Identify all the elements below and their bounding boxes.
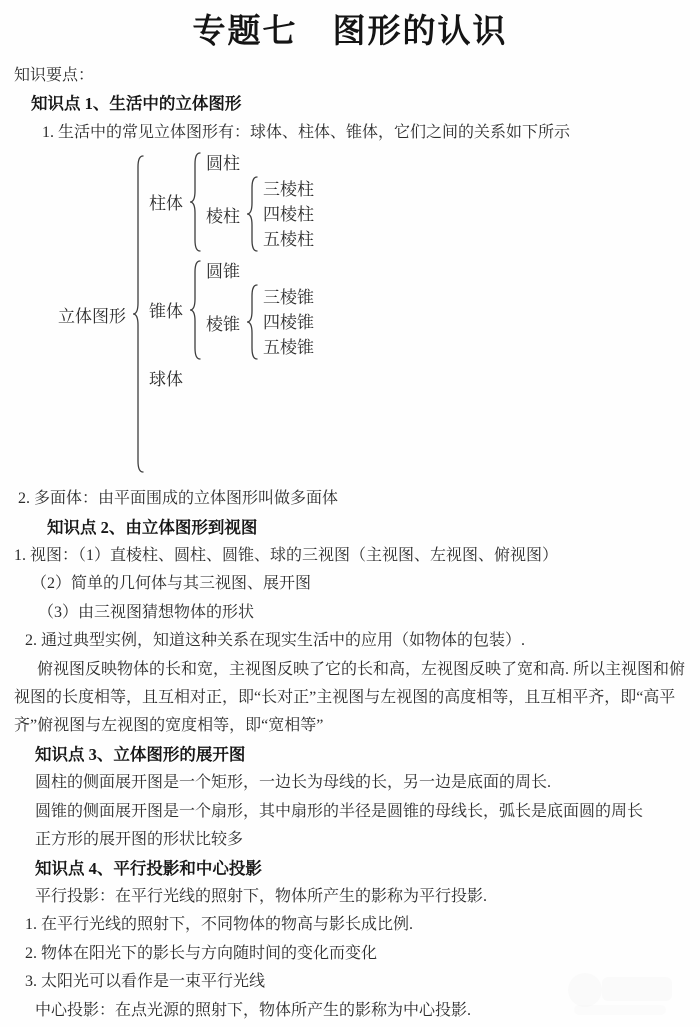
paragraph-line: 2. 物体在阳光下的影长与方向随时间的变化而变化 [12,940,688,968]
paragraph-line: 俯视图反映物体的长和宽，主视图反映了它的长和高，左视图反映了宽和高. 所以主视图… [12,656,688,741]
tree-branch-label: 柱体 [149,189,183,214]
watermark-shape [574,1005,666,1015]
paragraph-line: 圆柱的侧面展开图是一个矩形，一边长为母线的长，另一边是底面的周长. [12,769,688,797]
section-heading: 知识点 4、平行投影和中心投影 [12,855,688,883]
watermark-shape [568,973,602,1007]
curly-brace-level2 [188,152,202,252]
tree-leaf: 四棱柱 [263,202,314,227]
tree-branch-label: 锥体 [149,297,183,322]
watermark-logo [540,969,680,1021]
section-heading: 知识点 2、由立体图形到视图 [12,514,688,542]
curly-brace-level2 [188,260,202,360]
paragraph-line: 平行投影：在平行光线的照射下，物体所产生的影称为平行投影. [12,883,688,911]
paragraph-line: 圆锥的侧面展开图是一个扇形，其中扇形的半径是圆锥的母线长，弧长是底面圆的周长 [12,798,688,826]
tree-leaf: 圆柱 [206,151,314,176]
document-page: 专题七 图形的认识 知识要点：知识点 1、生活中的立体图形1. 生活中的常见立体… [0,0,700,1027]
tree-leaf: 四棱锥 [263,310,314,335]
paragraph-line: （2）简单的几何体与其三视图、展开图 [12,570,688,598]
tree-leaf: 三棱柱 [263,177,314,202]
tree-leaf: 圆锥 [206,259,314,284]
paragraph-line: 知识要点： [12,62,688,90]
curly-brace-level1 [131,155,145,473]
paragraphs-before-tree: 知识要点：知识点 1、生活中的立体图形1. 生活中的常见立体图形有：球体、柱体、… [12,62,688,147]
solid-figures-tree: 立体图形 柱体 圆柱 棱柱 三棱柱 四棱柱 五棱柱 [58,151,688,477]
paragraph-line: 1. 在平行光线的照射下，不同物体的物高与影长成比例. [12,911,688,939]
paragraph-line: 1. 视图：（1）直棱柱、圆柱、圆锥、球的三视图（主视图、左视图、俯视图） [12,542,688,570]
paragraphs-after-tree: 2. 多面体：由平面围成的立体图形叫做多面体知识点 2、由立体图形到视图1. 视… [12,485,688,1025]
tree-branch-cones: 锥体 圆锥 棱锥 三棱锥 四棱锥 五棱锥 [149,259,314,360]
curly-brace-level3 [245,176,259,252]
paragraph-line: （3）由三视图猜想物体的形状 [12,599,688,627]
tree-branch-label: 棱柱 [206,202,240,227]
tree-root-label: 立体图形 [58,302,126,327]
watermark-shape [602,977,672,1001]
section-heading: 知识点 3、立体图形的展开图 [12,741,688,769]
tree-leaf: 五棱锥 [263,335,314,360]
tree-branch-label: 棱锥 [206,310,240,335]
tree-leaf: 三棱锥 [263,285,314,310]
paragraph-line: 1. 生活中的常见立体图形有：球体、柱体、锥体，它们之间的关系如下所示 [12,119,688,147]
tree-leaf: 五棱柱 [263,227,314,252]
section-heading: 知识点 1、生活中的立体图形 [12,90,688,118]
paragraph-line: 正方形的展开图的形状比较多 [12,826,688,854]
tree-branch-cylinders: 柱体 圆柱 棱柱 三棱柱 四棱柱 五棱柱 [149,151,314,252]
document-title: 专题七 图形的认识 [12,10,688,54]
paragraph-line: 2. 多面体：由平面围成的立体图形叫做多面体 [12,485,688,513]
tree-leaf-sphere: 球体 [149,367,314,392]
curly-brace-level3 [245,284,259,360]
paragraph-line: 2. 通过典型实例，知道这种关系在现实生活中的应用（如物体的包装）. [12,627,688,655]
